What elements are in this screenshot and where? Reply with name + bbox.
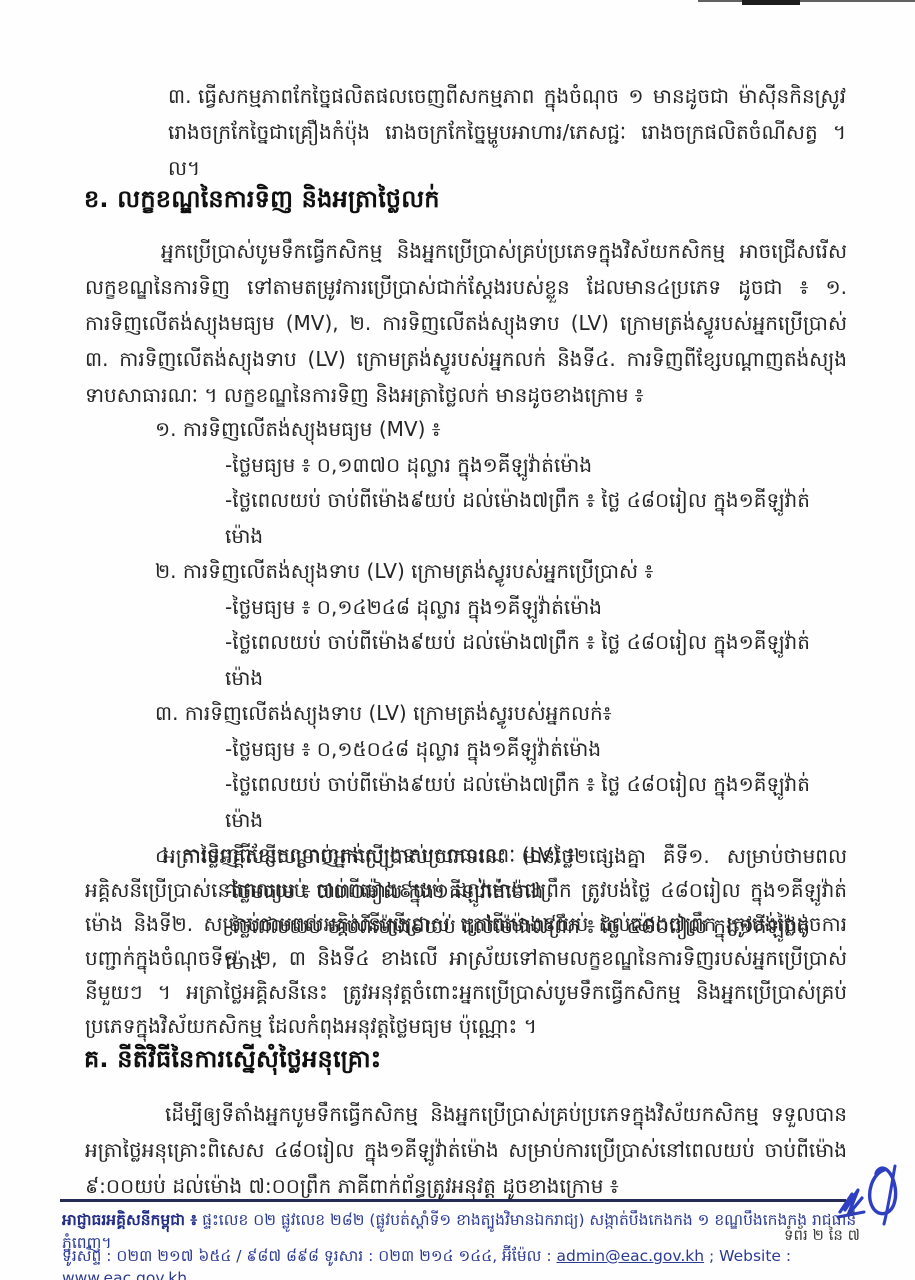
section-c-heading: គ. នីតិវិធីនៃការស្នើសុំថ្លៃអនុគ្រោះ: [84, 1044, 644, 1079]
tariff-item-3-average-price: -ថ្លៃមធ្យម ៖ ០,១៥០៤៨ ដុល្លារ ក្នុង១គីឡូវ…: [85, 732, 847, 768]
footer-divider: [60, 1199, 846, 1202]
section-b-heading: ខ. លក្ខខណ្ឌនៃការទិញ និងអត្រាថ្លៃលក់: [84, 184, 644, 219]
footer-contact-line: ទូរស័ព្ទ : ០២៣ ២១៧ ៦៥៤ / ៩៨៧ ៨៩៨ ទូរសារ …: [62, 1246, 862, 1280]
tariff-item-3-title: ៣. ការទិញលើតង់ស្យុងទាប (LV) ក្រោមត្រង់ស្…: [85, 696, 847, 732]
tariff-item-1-night-price: -ថ្លៃពេលយប់ ចាប់ពីម៉ោង៩យប់ ដល់ម៉ោង៧ព្រឹក…: [85, 483, 847, 554]
document-page: ៣.ធ្វើសកម្មភាពកែច្នៃផលិតផលចេញពីសកម្មភាព …: [0, 0, 915, 1280]
intro-item-number: ៣.: [168, 78, 198, 114]
tariff-item-3-night-price: -ថ្លៃពេលយប់ ចាប់ពីម៉ោង៩យប់ ដល់ម៉ោង៧ព្រឹក…: [85, 767, 847, 838]
tariff-item-2-night-price: -ថ្លៃពេលយប់ ចាប់ពីម៉ោង៩យប់ ដល់ម៉ោង៧ព្រឹក…: [85, 625, 847, 696]
tariff-item-2-average-price: -ថ្លៃមធ្យម ៖ ០,១៤២៤៨ ដុល្លារ ក្នុង១គីឡូវ…: [85, 590, 847, 626]
section-b-closing-paragraph: អត្រាថ្លៃអគ្គិសនីសម្រាប់អ្នកប្រើប្រាស់ប្…: [85, 839, 847, 1043]
intro-item-text: ធ្វើសកម្មភាពកែច្នៃផលិតផលចេញពីសកម្មភាព ក្…: [168, 84, 846, 180]
section-b-paragraph: អ្នកប្រើប្រាស់បូមទឹកធ្វើកសិកម្ម និងអ្នកប…: [85, 233, 847, 413]
page-number-indicator: ទំព័រ ២ នៃ ៧: [760, 1226, 860, 1248]
tariff-item-2-title: ២. ការទិញលើតង់ស្យុងទាប (LV) ក្រោមត្រង់ស្…: [85, 554, 847, 590]
tariff-item-1-average-price: -ថ្លៃមធ្យម ៖ ០,១៣៧០ ដុល្លារ ក្នុង១គីឡូវ៉…: [85, 448, 847, 484]
intro-list-item: ៣.ធ្វើសកម្មភាពកែច្នៃផលិតផលចេញពីសកម្មភាព …: [168, 78, 846, 186]
footer-website: www.eac.gov.kh: [62, 1269, 187, 1280]
section-c-paragraph: ដើម្បីឲ្យទីតាំងអ្នកបូមទឹកធ្វើកសិកម្ម និង…: [85, 1096, 847, 1204]
footer-org-name: អាជ្ញាធរអគ្គិសនីកម្ពុជា ៖: [62, 1211, 197, 1229]
footer-website-separator: ; Website :: [704, 1247, 791, 1265]
footer-phone-fax: ទូរស័ព្ទ : ០២៣ ២១៧ ៦៥៤ / ៩៨៧ ៨៩៨ ទូរសារ …: [62, 1247, 557, 1265]
tariff-item-1-title: ១. ការទិញលើតង់ស្យុងមធ្យម (MV) ៖: [85, 412, 847, 448]
footer-email-link[interactable]: admin@eac.gov.kh: [557, 1247, 705, 1265]
